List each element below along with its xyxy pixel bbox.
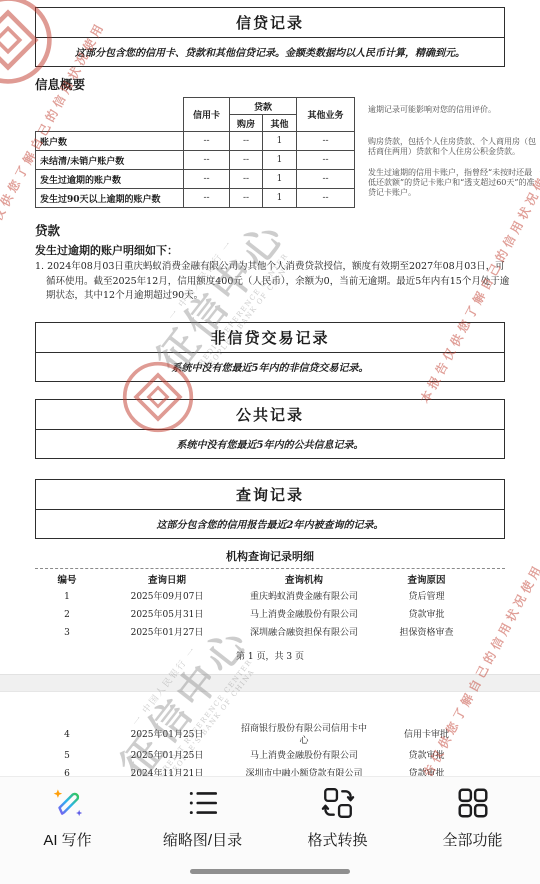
cell: 1 [263, 170, 297, 189]
cell: 重庆蚂蚁消费金融有限公司 [235, 589, 373, 607]
cell: -- [297, 132, 355, 151]
loan-heading: 贷款 [35, 221, 540, 239]
cell: 贷款审批 [373, 607, 480, 625]
toolbar-item-label: 全部功能 [442, 829, 502, 850]
section-title: 查询记录 [36, 480, 504, 510]
section-credit-records: 信贷记录 这部分包含您的信用卡、贷款和其他信贷记录。金额类数据均以人民币计算，精… [35, 7, 505, 67]
table-row: 发生过逾期的账户数 -- -- 1 -- [36, 170, 355, 189]
cell: -- [184, 170, 230, 189]
table-row: 5 2025年01月25日 马上消费金融股份有限公司 贷款审批 [35, 748, 480, 766]
cell: 2025年01月25日 [99, 748, 235, 766]
cell: -- [230, 170, 263, 189]
row-label: 未结清/未销户账户数 [36, 151, 184, 170]
home-indicator[interactable] [190, 869, 350, 874]
cell: 贷后管理 [373, 589, 480, 607]
col-other-loan: 其他 [263, 115, 297, 132]
section-note: 系统中没有您最近5年内的公共信息记录。 [36, 430, 504, 458]
cell: -- [184, 132, 230, 151]
cell: 马上消费金融股份有限公司 [235, 748, 373, 766]
table-row: 3 2025年01月27日 深圳融合融资担保有限公司 担保资格审查 [35, 625, 480, 643]
cell: -- [230, 132, 263, 151]
summary-header-row-1: 信用卡 贷款 其他业务 [36, 98, 355, 115]
row-label: 发生过90天以上逾期的账户数 [36, 189, 184, 208]
col-house-loan: 购房 [230, 115, 263, 132]
side-note: 发生过逾期的信用卡账户，指曾经“未按时还最低还款额”的贷记卡账户和“透支超过60… [368, 168, 536, 198]
loan-subheading: 发生过逾期的账户明细如下： [35, 242, 540, 258]
side-note: 购房贷款，包括个人住房贷款、个人商用房（包括商住两用）贷款和个人住房公积金贷款。 [368, 137, 536, 157]
section-noncredit-records: 非信贷交易记录 系统中没有您最近5年内的非信贷交易记录。 [35, 322, 505, 382]
document-viewer: 信贷记录 这部分包含您的信用卡、贷款和其他信贷记录。金额类数据均以人民币计算，精… [0, 0, 540, 884]
table-row: 账户数 -- -- 1 -- [36, 132, 355, 151]
section-title: 公共记录 [36, 400, 504, 430]
summary-side-notes: 逾期记录可能影响对您的信用评价。 购房贷款，包括个人住房贷款、个人商用房（包括商… [368, 97, 536, 209]
cell: -- [297, 151, 355, 170]
format-convert-button[interactable]: 格式转换 [278, 786, 398, 850]
cell: 1 [263, 151, 297, 170]
summary-heading: 信息概要 [35, 75, 540, 93]
cell: 信用卡审批 [373, 724, 480, 747]
cell: 1 [35, 589, 99, 607]
empty-corner-cell [36, 98, 184, 132]
cell: 3 [35, 625, 99, 643]
cell: 担保资格审查 [373, 625, 480, 643]
query-table-page1: 编号 查询日期 查询机构 查询原因 1 2025年09月07日 重庆蚂蚁消费金融… [35, 569, 480, 643]
toolbar-item-label: AI 写作 [43, 829, 91, 850]
cell: -- [297, 170, 355, 189]
side-note: 逾期记录可能影响对您的信用评价。 [368, 105, 536, 115]
cell: 贷款审批 [373, 748, 480, 766]
thumbnail-toc-button[interactable]: 缩略图/目录 [143, 786, 263, 850]
cell: -- [230, 151, 263, 170]
credit-report-page-2: 4 2025年01月25日 招商银行股份有限公司信用卡中心 信用卡审批 5 20… [0, 692, 540, 786]
section-public-records: 公共记录 系统中没有您最近5年内的公共信息记录。 [35, 399, 505, 459]
page-break-band [0, 674, 540, 692]
summary-table: 信用卡 贷款 其他业务 购房 其他 账户数 -- -- 1 -- 未结清/未销户… [35, 97, 355, 208]
row-label: 账户数 [36, 132, 184, 151]
all-features-icon [456, 786, 490, 820]
section-note: 这部分包含您的信用卡、贷款和其他信贷记录。金额类数据均以人民币计算，精确到元。 [36, 38, 504, 66]
cell: 深圳融合融资担保有限公司 [235, 625, 373, 643]
summary-block: 信用卡 贷款 其他业务 购房 其他 账户数 -- -- 1 -- 未结清/未销户… [35, 97, 540, 209]
ai-writing-icon [51, 786, 85, 820]
cell: 招商银行股份有限公司信用卡中心 [235, 724, 373, 747]
col-query-reason: 查询原因 [373, 569, 480, 589]
row-label: 发生过逾期的账户数 [36, 170, 184, 189]
section-query-records: 查询记录 这部分包含您的信用报告最近2年内被查询的记录。 [35, 479, 505, 539]
section-title: 信贷记录 [36, 8, 504, 38]
cell: -- [184, 189, 230, 208]
col-credit-card: 信用卡 [184, 98, 230, 132]
cell: 1 [263, 132, 297, 151]
col-number: 编号 [35, 569, 99, 589]
table-row: 2 2025年05月31日 马上消费金融股份有限公司 贷款审批 [35, 607, 480, 625]
toolbar-item-label: 格式转换 [307, 829, 367, 850]
loan-detail: 1. 2024年08月03日重庆蚂蚁消费金融有限公司为其他个人消费贷款授信，额度… [35, 260, 510, 304]
cell: 2025年05月31日 [99, 607, 235, 625]
bottom-toolbar: AI 写作 缩略图/目录 格式转换 [0, 776, 540, 884]
credit-report-page[interactable]: 信贷记录 这部分包含您的信用卡、贷款和其他信贷记录。金额类数据均以人民币计算，精… [0, 0, 540, 786]
table-row: 未结清/未销户账户数 -- -- 1 -- [36, 151, 355, 170]
table-row: 1 2025年09月07日 重庆蚂蚁消费金融有限公司 贷后管理 [35, 589, 480, 607]
cell: 2025年01月25日 [99, 724, 235, 747]
ai-writing-button[interactable]: AI 写作 [8, 786, 128, 850]
all-features-button[interactable]: 全部功能 [413, 786, 533, 850]
cell: -- [230, 189, 263, 208]
col-query-org: 查询机构 [235, 569, 373, 589]
table-row: 4 2025年01月25日 招商银行股份有限公司信用卡中心 信用卡审批 [35, 724, 480, 747]
cell: 4 [35, 724, 99, 747]
thumbnail-toc-icon [186, 786, 220, 820]
section-title: 非信贷交易记录 [36, 323, 504, 353]
col-other-business: 其他业务 [297, 98, 355, 132]
cell: 1 [263, 189, 297, 208]
cell: 马上消费金融股份有限公司 [235, 607, 373, 625]
cell: 5 [35, 748, 99, 766]
format-convert-icon [321, 786, 355, 820]
col-loan: 贷款 [230, 98, 297, 115]
page-footer: 第 1 页，共 3 页 [0, 649, 540, 662]
cell: 2025年09月07日 [99, 589, 235, 607]
query-table-caption: 机构查询记录明细 [35, 548, 505, 564]
table-row: 发生过90天以上逾期的账户数 -- -- 1 -- [36, 189, 355, 208]
cell: -- [184, 151, 230, 170]
cell: 2 [35, 607, 99, 625]
query-header-row: 编号 查询日期 查询机构 查询原因 [35, 569, 480, 589]
section-note: 这部分包含您的信用报告最近2年内被查询的记录。 [36, 510, 504, 538]
cell: -- [297, 189, 355, 208]
toolbar-item-label: 缩略图/目录 [163, 829, 242, 850]
cell: 2025年01月27日 [99, 625, 235, 643]
col-query-date: 查询日期 [99, 569, 235, 589]
section-note: 系统中没有您最近5年内的非信贷交易记录。 [36, 353, 504, 381]
